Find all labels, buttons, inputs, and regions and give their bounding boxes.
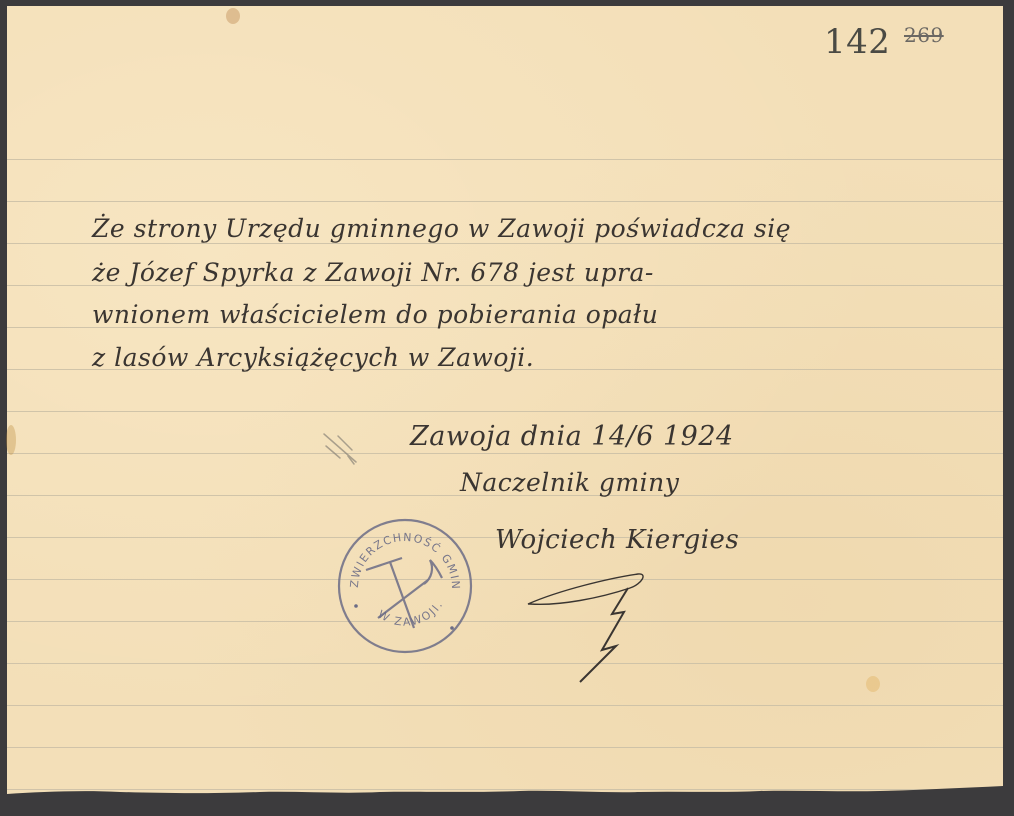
signatory-title: Naczelnik gminy [460,468,679,497]
folio-number: 142 [824,22,890,62]
svg-text:ZWIERZCHNOŚĆ GMINNA: ZWIERZCHNOŚĆ GMINNA [336,518,462,591]
ruled-line [7,453,1003,454]
official-stamp: ZWIERZCHNOŚĆ GMINNA W ZAWOJI. [336,518,474,654]
body-line-3: wnionem właścicielem do pobierania opału [92,300,658,329]
stamp-top-text: ZWIERZCHNOŚĆ GMINNA [336,518,462,591]
ruled-line [7,621,1003,622]
body-line-4: z lasów Arcyksiążęcych w Zawoji. [92,343,534,372]
paper-stain [6,425,16,455]
pencil-marks [318,430,388,470]
body-line-1: Że strony Urzędu gminnego w Zawoji poświ… [92,214,791,243]
place-date: Zawoja dnia 14/6 1924 [410,421,734,452]
torn-paper-edge [0,786,1014,816]
ruled-line [7,579,1003,580]
signature-flourish [520,570,670,685]
ruled-line [7,663,1003,664]
body-line-2: że Józef Spyrka z Zawoji Nr. 678 jest up… [92,258,654,287]
signature: Wojciech Kiergies [495,525,739,555]
ruled-line [7,705,1003,706]
ruled-line [7,201,1003,202]
svg-text:W ZAWOJI.: W ZAWOJI. [376,598,446,629]
struck-folio-number: 269 [904,23,944,47]
ruled-line [7,159,1003,160]
paper-stain [226,8,240,24]
paper-stain [866,676,880,692]
ruled-line [7,411,1003,412]
document-sheet [7,6,1003,802]
ruled-line [7,243,1003,244]
stamp-bottom-text: W ZAWOJI. [376,598,446,629]
ruled-line [7,747,1003,748]
